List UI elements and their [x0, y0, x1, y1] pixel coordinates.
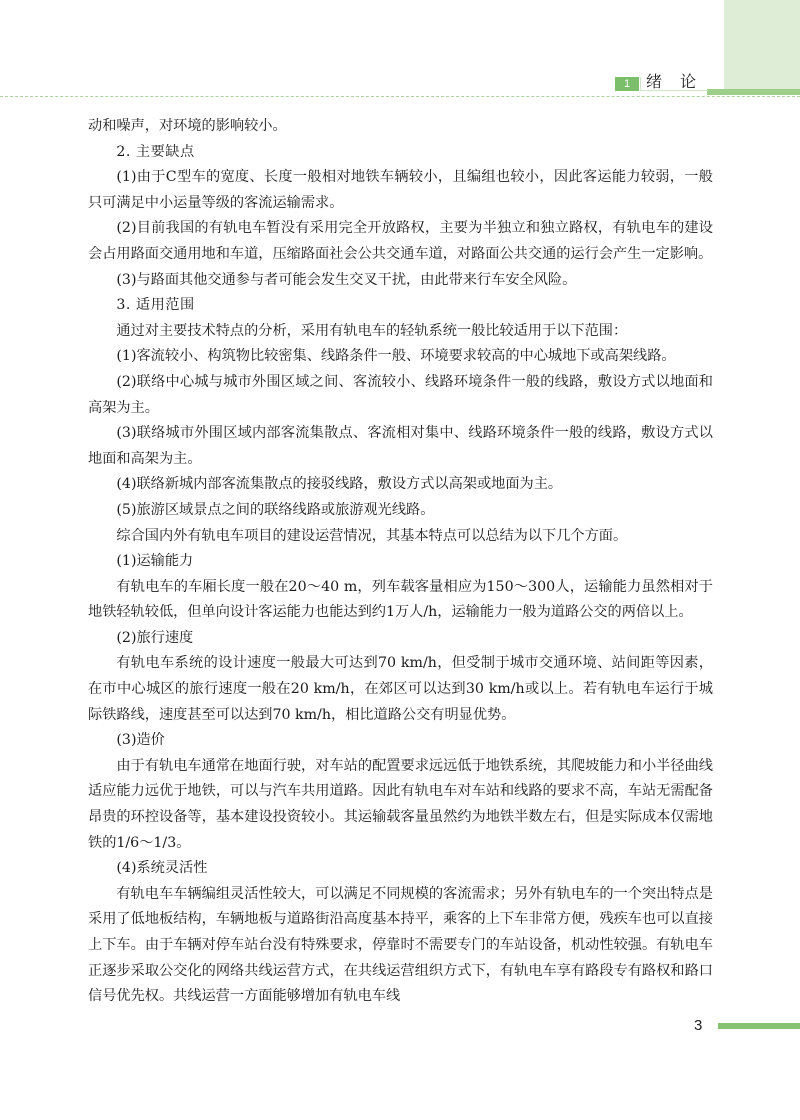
section-heading: 2. 主要缺点	[88, 140, 713, 166]
paragraph: 由于有轨电车通常在地面行驶，对车站的配置要求远远低于地铁系统，其爬坡能力和小半径…	[88, 754, 713, 856]
paragraph: (4)联络新城内部客流集散点的接驳线路，敷设方式以高架或地面为主。	[88, 472, 713, 498]
subheading: (4)系统灵活性	[88, 856, 713, 882]
footer-accent-bar	[718, 1023, 800, 1029]
section-heading: 3. 适用范围	[88, 293, 713, 319]
chapter-number-badge: 1	[615, 77, 639, 91]
paragraph: 有轨电车的车厢长度一般在20～40 m，列车载客量相应为150～300人，运输能…	[88, 575, 713, 626]
chapter-divider	[640, 77, 641, 91]
header-accent-bar	[707, 89, 800, 95]
paragraph: (2)目前我国的有轨电车暂没有采用完全开放路权，主要为半独立和独立路权，有轨电车…	[88, 216, 713, 267]
paragraph-continuation: 动和噪声，对环境的影响较小。	[88, 114, 713, 140]
paragraph: 有轨电车系统的设计速度一般最大可达到70 km/h，但受制于城市交通环境、站间距…	[88, 651, 713, 728]
paragraph: 有轨电车车辆编组灵活性较大，可以满足不同规模的客流需求；另外有轨电车的一个突出特…	[88, 882, 713, 1010]
page-number: 3	[694, 1017, 702, 1034]
paragraph: (3)与路面其他交通参与者可能会发生交叉干扰，由此带来行车安全风险。	[88, 268, 713, 294]
paragraph: (1)客流较小、构筑物比较密集、线路条件一般、环境要求较高的中心城地下或高架线路…	[88, 344, 713, 370]
paragraph: (5)旅游区域景点之间的联络线路或旅游观光线路。	[88, 498, 713, 524]
paragraph: (2)联络中心城与城市外围区域之间、客流较小、线路环境条件一般的线路，敷设方式以…	[88, 370, 713, 421]
header-dashed-rule	[0, 96, 800, 97]
paragraph: 通过对主要技术特点的分析，采用有轨电车的轻轨系统一般比较适用于以下范围：	[88, 319, 713, 345]
paragraph: (1)由于C型车的宽度、长度一般相对地铁车辆较小，且编组也较小，因此客运能力较弱…	[88, 165, 713, 216]
paragraph: (3)联络城市外围区域内部客流集散点、客流相对集中、线路环境条件一般的线路，敷设…	[88, 421, 713, 472]
chapter-title: 绪论	[646, 72, 714, 92]
paragraph: 综合国内外有轨电车项目的建设运营情况，其基本特点可以总结为以下几个方面。	[88, 524, 713, 550]
subheading: (2)旅行速度	[88, 626, 713, 652]
subheading: (1)运输能力	[88, 549, 713, 575]
page-body: 动和噪声，对环境的影响较小。 2. 主要缺点 (1)由于C型车的宽度、长度一般相…	[88, 114, 713, 1010]
header-corner-block	[724, 0, 800, 90]
subheading: (3)造价	[88, 728, 713, 754]
